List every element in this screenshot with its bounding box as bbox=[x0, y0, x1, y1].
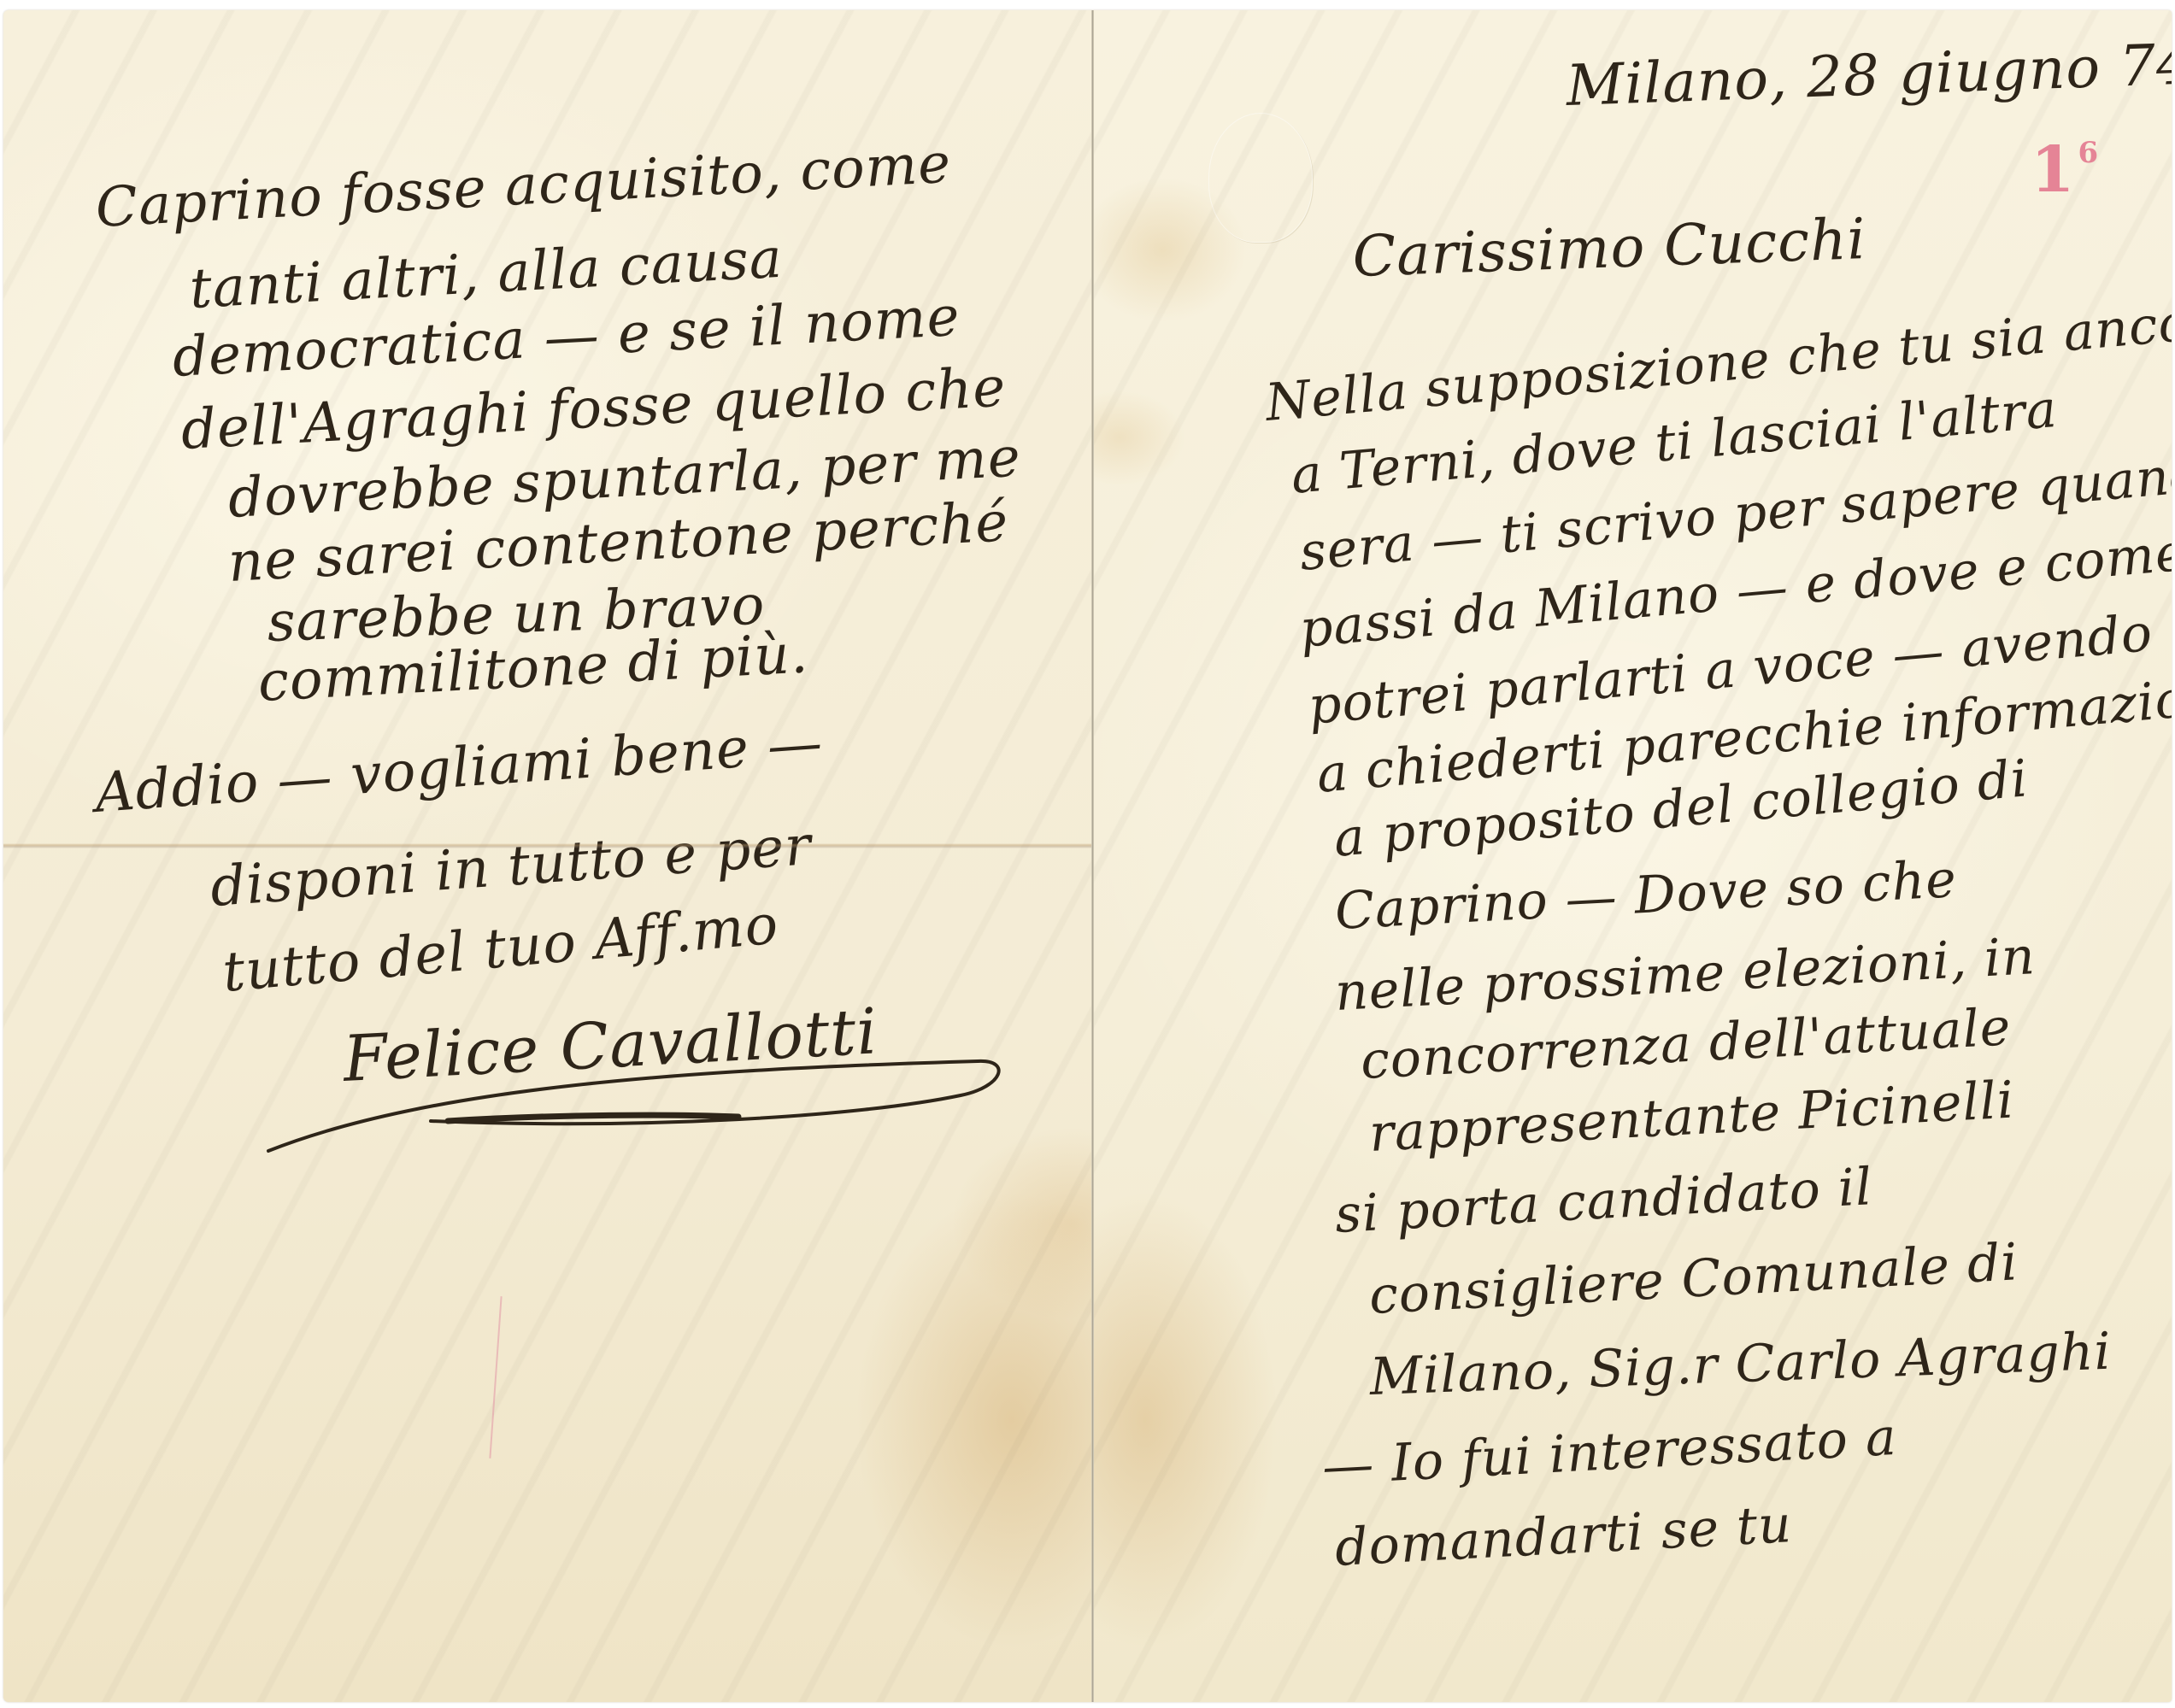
signature-flourish bbox=[260, 1036, 1012, 1164]
embossed-blind-stamp bbox=[1208, 113, 1313, 243]
archive-stamp-superscript: 6 bbox=[2078, 136, 2099, 170]
archive-stamp: 16 bbox=[2031, 138, 2098, 202]
horizontal-fold bbox=[3, 843, 1091, 848]
pink-ink-mark bbox=[489, 1296, 502, 1459]
left-page: Caprino fosse acquisito, come tanti altr… bbox=[3, 10, 1091, 1702]
letter-sheet: Caprino fosse acquisito, come tanti altr… bbox=[3, 10, 2172, 1702]
archive-stamp-number: 1 bbox=[2031, 133, 2075, 207]
left-line-1: Caprino fosse acquisito, come bbox=[94, 132, 953, 240]
closing-line-1: Addio — vogliami bene — bbox=[93, 712, 825, 825]
